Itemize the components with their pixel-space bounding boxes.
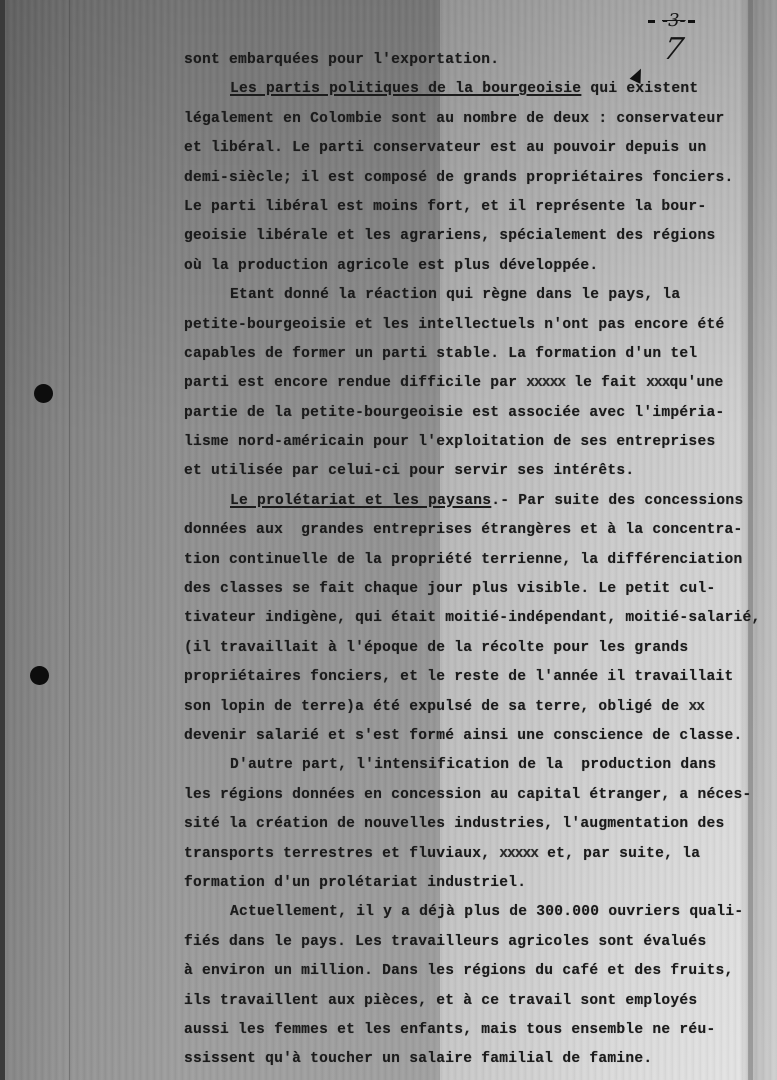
text-line: sont embarquées pour l'exportation. (184, 46, 744, 75)
text-segment: et, par suite, la (538, 846, 700, 862)
text-line: sité la création de nouvelles industries… (184, 810, 744, 839)
text-line: Les partis politiques de la bourgeoisie … (184, 75, 744, 104)
text-line: transports terrestres et fluviaux, xxxxx… (184, 840, 744, 869)
text-line: Etant donné la réaction qui règne dans l… (184, 281, 744, 310)
text-line: (il travaillait à l'époque de la récolte… (184, 634, 744, 663)
text-line: données aux grandes entreprises étrangèr… (184, 516, 744, 545)
text-line: légalement en Colombie sont au nombre de… (184, 105, 744, 134)
text-line: et utilisée par celui-ci pour servir ses… (184, 457, 744, 486)
text-line: partie de la petite-bourgeoisie est asso… (184, 399, 744, 428)
fold-line (69, 0, 70, 1080)
text-line: lisme nord-américain pour l'exploitation… (184, 428, 744, 457)
text-segment: qu'une (669, 375, 723, 391)
text-line: capables de former un parti stable. La f… (184, 340, 744, 369)
text-line: tivateur indigène, qui était moitié-indé… (184, 604, 744, 633)
text-segment: transports terrestres et fluviaux, (184, 846, 499, 862)
text-line: et libéral. Le parti conservateur est au… (184, 134, 744, 163)
text-line: formation d'un prolétariat industriel. (184, 869, 744, 898)
text-line: geoisie libérale et les agrariens, spéci… (184, 222, 744, 251)
page-left-edge (0, 0, 5, 1080)
text-segment: parti est encore rendue difficile par (184, 375, 526, 391)
punch-hole-top (34, 384, 53, 403)
text-line: Actuellement, il y a déjà plus de 300.00… (184, 898, 744, 927)
underlined-heading: Le prolétariat et les paysans (230, 493, 491, 509)
text-line: devenir salarié et s'est formé ainsi une… (184, 722, 744, 751)
text-line: des classes se fait chaque jour plus vis… (184, 575, 744, 604)
struck-out-text: xxx (646, 375, 669, 391)
page-number-dash (648, 20, 655, 23)
struck-out-text: xx (688, 699, 704, 715)
text-segment: le fait (565, 375, 646, 391)
text-segment: son lopin de terre)a été expulsé de sa t… (184, 699, 688, 715)
text-line: ssissent qu'à toucher un salaire familia… (184, 1045, 744, 1074)
text-line: parti est encore rendue difficile par xx… (184, 369, 744, 398)
text-line: petite-bourgeoisie et les intellectuels … (184, 311, 744, 340)
text-line: tion continuelle de la propriété terrien… (184, 546, 744, 575)
text-line: D'autre part, l'intensification de la pr… (184, 751, 744, 780)
text-line: Le parti libéral est moins fort, et il r… (184, 193, 744, 222)
text-line: fiés dans le pays. Les travailleurs agri… (184, 928, 744, 957)
text-segment: qui existent (581, 81, 698, 97)
text-line: à environ un million. Dans les régions d… (184, 957, 744, 986)
text-line: ils travaillent aux pièces, et à ce trav… (184, 987, 744, 1016)
scanned-page: -3- 7 sont embarquées pour l'exportation… (0, 0, 777, 1080)
page-number-crossed-out: -3- (662, 10, 686, 31)
text-line: Le prolétariat et les paysans.- Par suit… (184, 487, 744, 516)
underlined-heading: Les partis politiques de la bourgeoisie (230, 81, 581, 97)
page-right-margin-strip (748, 0, 753, 1080)
text-line: son lopin de terre)a été expulsé de sa t… (184, 693, 744, 722)
text-line: demi-siècle; il est composé de grands pr… (184, 164, 744, 193)
struck-out-text: xxxxx (499, 846, 538, 862)
text-segment: .- Par suite des concessions (491, 493, 743, 509)
text-line: les régions données en concession au cap… (184, 781, 744, 810)
page-number-dash (688, 20, 695, 23)
struck-out-text: xxxxx (526, 375, 565, 391)
punch-hole-bottom (30, 666, 49, 685)
typed-text-body: sont embarquées pour l'exportation.Les p… (184, 46, 744, 1075)
text-line: où la production agricole est plus dével… (184, 252, 744, 281)
text-line: propriétaires fonciers, et le reste de l… (184, 663, 744, 692)
text-line: aussi les femmes et les enfants, mais to… (184, 1016, 744, 1045)
